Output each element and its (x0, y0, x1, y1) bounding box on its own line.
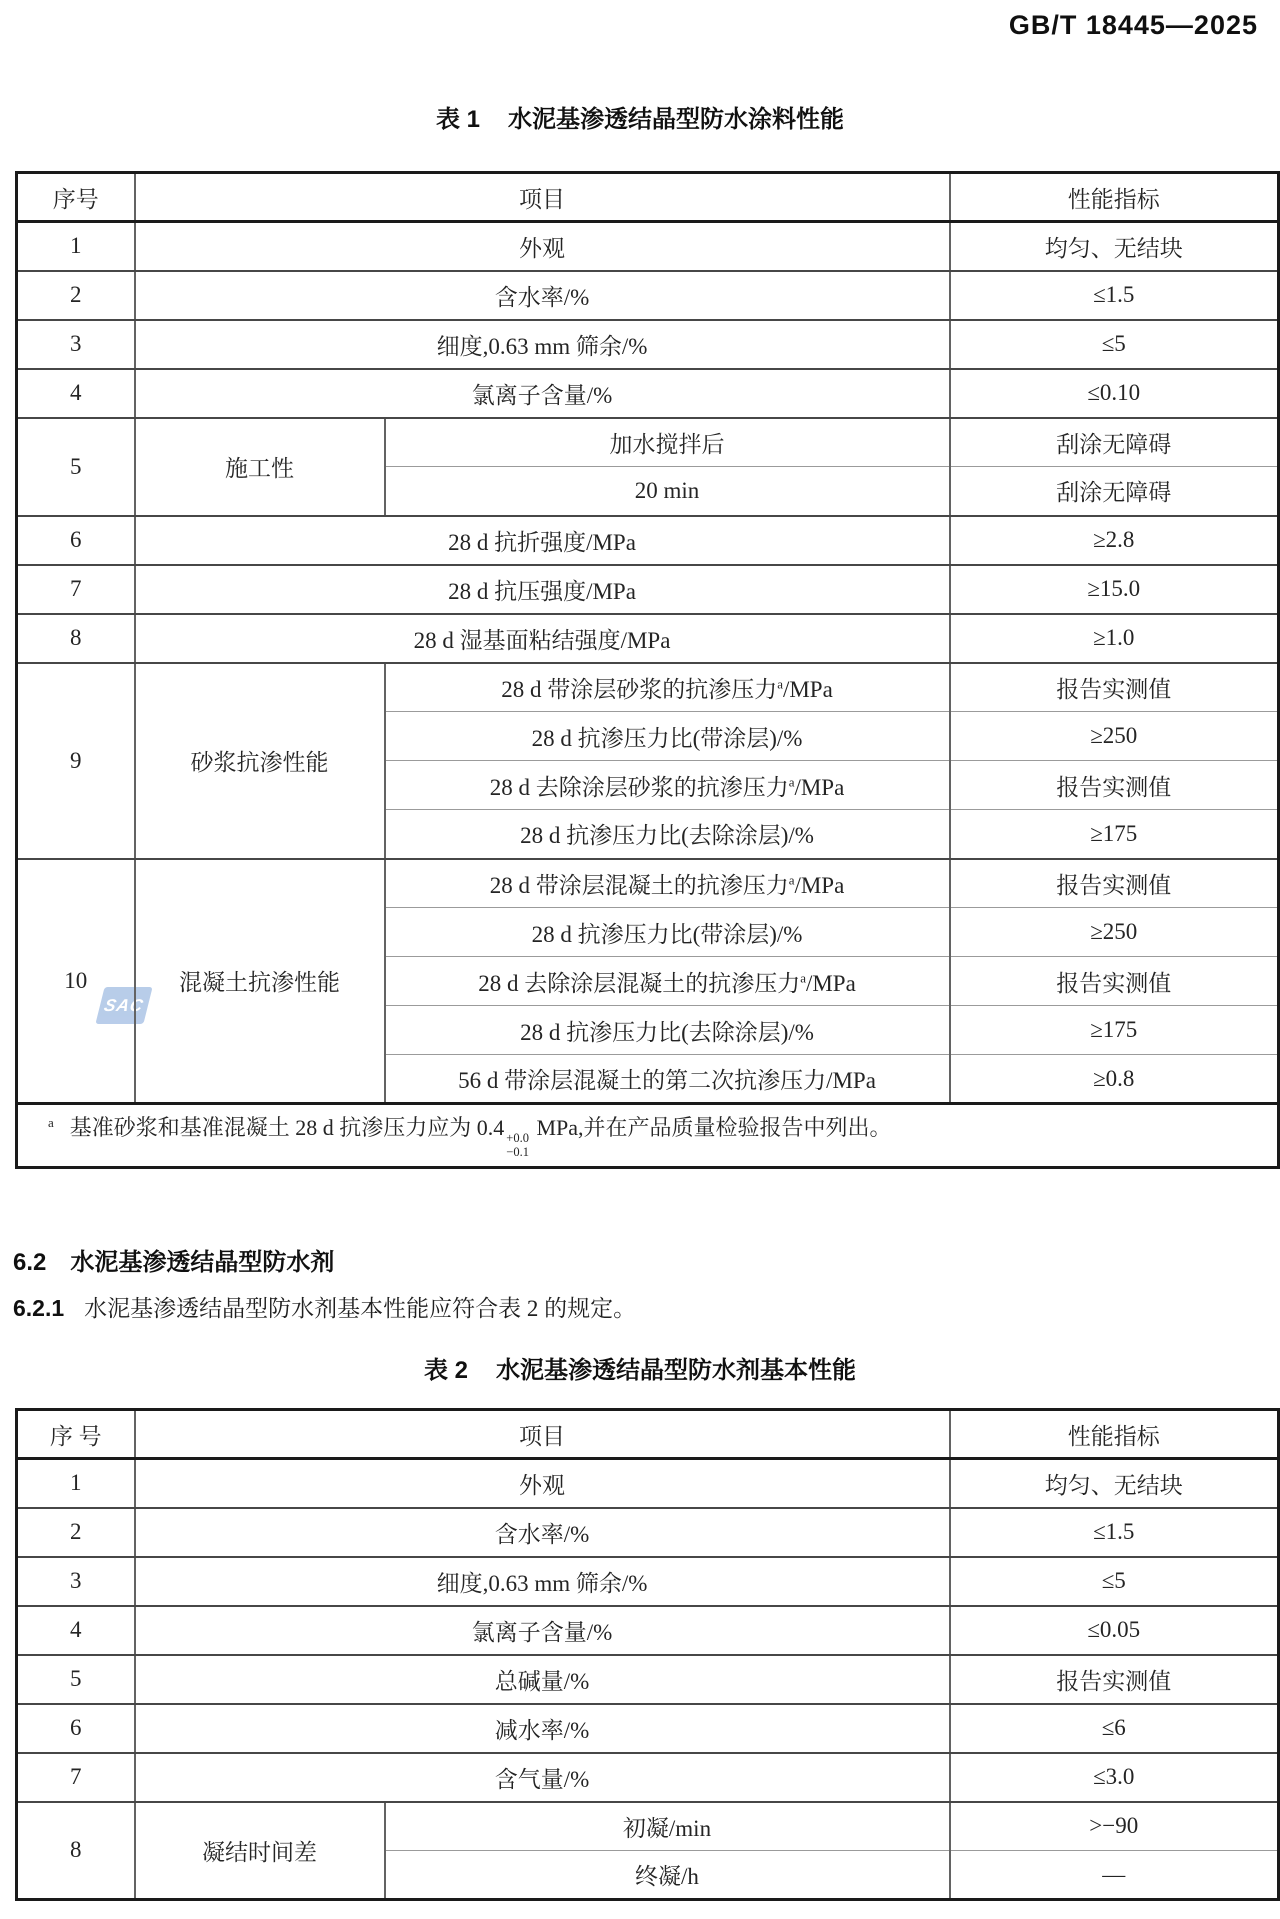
item-cell: 减水率/% (135, 1704, 950, 1753)
table-header-row: 序号 项目 性能指标 (17, 173, 1279, 222)
table-row: 7 28 d 抗压强度/MPa ≥15.0 (17, 565, 1279, 614)
item-cell: 氯离子含量/% (135, 1606, 950, 1655)
table-row: 2 含水率/% ≤1.5 (17, 271, 1279, 320)
value-cell: ≤5 (950, 320, 1279, 369)
group-cell: 凝结时间差 (135, 1802, 385, 1900)
clause-number: 6.2.1 (13, 1295, 64, 1321)
table-row: 1 外观 均匀、无结块 (17, 1459, 1279, 1508)
item-cell: 28 d 带涂层砂浆的抗渗压力a/MPa (385, 663, 950, 712)
item-cell: 28 d 去除涂层砂浆的抗渗压力a/MPa (385, 761, 950, 810)
value-cell: ≤1.5 (950, 1508, 1279, 1557)
table-row: 6 28 d 抗折强度/MPa ≥2.8 (17, 516, 1279, 565)
item-cell: 氯离子含量/% (135, 369, 950, 418)
value-cell: ≥250 (950, 908, 1279, 957)
row-number-cell: 5 (17, 1655, 135, 1704)
item-cell: 28 d 湿基面粘结强度/MPa (135, 614, 950, 663)
table2-admixture-performance: 序 号 项目 性能指标 1 外观 均匀、无结块 2 含水率/% ≤1.5 3 细… (15, 1408, 1280, 1901)
item-cell: 含水率/% (135, 1508, 950, 1557)
item-cell: 56 d 带涂层混凝土的第二次抗渗压力/MPa (385, 1055, 950, 1104)
value-cell: 报告实测值 (950, 663, 1279, 712)
table2-title-text: 水泥基渗透结晶型防水剂基本性能 (496, 1357, 856, 1384)
footnote-row: a基准砂浆和基准混凝土 28 d 抗渗压力应为 0.4+0.0−0.1 MPa,… (17, 1104, 1279, 1168)
row-number-cell: 10 (17, 859, 135, 1104)
value-cell: ≥250 (950, 712, 1279, 761)
table-row: 2 含水率/% ≤1.5 (17, 1508, 1279, 1557)
tolerance-stack: +0.0−0.1 (506, 1131, 529, 1160)
section-heading-6-2: 6.2水泥基渗透结晶型防水剂 (13, 1242, 334, 1277)
table-row: 3 细度,0.63 mm 筛余/% ≤5 (17, 320, 1279, 369)
row-number-cell: 7 (17, 1753, 135, 1802)
row-number-cell: 1 (17, 222, 135, 271)
clause-6-2-1: 6.2.1水泥基渗透结晶型防水剂基本性能应符合表 2 的规定。 (13, 1290, 636, 1323)
row-number-cell: 8 (17, 1802, 135, 1900)
footnote-marker-a: a (48, 1115, 54, 1130)
standard-code: GB/T 18445—2025 (1009, 10, 1258, 41)
value-cell: ≤1.5 (950, 271, 1279, 320)
item-cell: 28 d 抗渗压力比(带涂层)/% (385, 712, 950, 761)
value-cell: ≥15.0 (950, 565, 1279, 614)
value-cell: ≤6 (950, 1704, 1279, 1753)
footnote-text: 基准砂浆和基准混凝土 28 d 抗渗压力应为 0.4 (70, 1115, 505, 1140)
header-num: 序号 (17, 173, 135, 222)
header-item: 项目 (135, 173, 950, 222)
item-cell: 20 min (385, 467, 950, 516)
row-number-cell: 3 (17, 1557, 135, 1606)
row-number-cell: 1 (17, 1459, 135, 1508)
section-title: 水泥基渗透结晶型防水剂 (70, 1249, 334, 1276)
clause-text: 水泥基渗透结晶型防水剂基本性能应符合表 2 的规定。 (84, 1296, 636, 1321)
value-cell: >−90 (950, 1802, 1279, 1851)
group-cell: 砂浆抗渗性能 (135, 663, 385, 859)
item-cell: 28 d 抗压强度/MPa (135, 565, 950, 614)
table-row: 8 凝结时间差 初凝/min >−90 (17, 1802, 1279, 1851)
row-number-cell: 6 (17, 516, 135, 565)
value-cell: ≥175 (950, 1006, 1279, 1055)
header-num: 序 号 (17, 1410, 135, 1459)
item-cell: 28 d 去除涂层混凝土的抗渗压力a/MPa (385, 957, 950, 1006)
row-number-cell: 4 (17, 1606, 135, 1655)
value-cell: 刮涂无障碍 (950, 467, 1279, 516)
item-cell: 细度,0.63 mm 筛余/% (135, 1557, 950, 1606)
table1-title-text: 水泥基渗透结晶型防水涂料性能 (508, 106, 844, 133)
table2-title: 表 2水泥基渗透结晶型防水剂基本性能 (0, 1350, 1280, 1385)
value-cell: ≤5 (950, 1557, 1279, 1606)
table-row: 5 总碱量/% 报告实测值 (17, 1655, 1279, 1704)
item-cell: 初凝/min (385, 1802, 950, 1851)
row-number-cell: 2 (17, 1508, 135, 1557)
item-cell: 28 d 带涂层混凝土的抗渗压力a/MPa (385, 859, 950, 908)
value-cell: — (950, 1851, 1279, 1900)
item-cell: 外观 (135, 1459, 950, 1508)
value-cell: 报告实测值 (950, 859, 1279, 908)
item-cell: 终凝/h (385, 1851, 950, 1900)
table-header-row: 序 号 项目 性能指标 (17, 1410, 1279, 1459)
value-cell: 报告实测值 (950, 957, 1279, 1006)
table1-coating-performance: 序号 项目 性能指标 1 外观 均匀、无结块 2 含水率/% ≤1.5 3 细度… (15, 171, 1280, 1169)
table-row: 6 减水率/% ≤6 (17, 1704, 1279, 1753)
value-cell: ≤3.0 (950, 1753, 1279, 1802)
row-number-cell: 4 (17, 369, 135, 418)
value-cell: ≤0.10 (950, 369, 1279, 418)
row-number-cell: 3 (17, 320, 135, 369)
group-cell: 混凝土抗渗性能 (135, 859, 385, 1104)
table-row: 8 28 d 湿基面粘结强度/MPa ≥1.0 (17, 614, 1279, 663)
table-footnote: a基准砂浆和基准混凝土 28 d 抗渗压力应为 0.4+0.0−0.1 MPa,… (17, 1104, 1279, 1168)
value-cell: 均匀、无结块 (950, 222, 1279, 271)
table-row: 9 砂浆抗渗性能 28 d 带涂层砂浆的抗渗压力a/MPa 报告实测值 (17, 663, 1279, 712)
table-row: 10 混凝土抗渗性能 28 d 带涂层混凝土的抗渗压力a/MPa 报告实测值 (17, 859, 1279, 908)
header-performance: 性能指标 (950, 173, 1279, 222)
value-cell: ≥2.8 (950, 516, 1279, 565)
item-cell: 外观 (135, 222, 950, 271)
table1-title-label: 表 1 (436, 106, 480, 133)
item-cell: 28 d 抗渗压力比(去除涂层)/% (385, 1006, 950, 1055)
value-cell: ≥0.8 (950, 1055, 1279, 1104)
section-number: 6.2 (13, 1249, 46, 1276)
table-row: 4 氯离子含量/% ≤0.05 (17, 1606, 1279, 1655)
item-cell: 总碱量/% (135, 1655, 950, 1704)
value-cell: 报告实测值 (950, 761, 1279, 810)
header-performance: 性能指标 (950, 1410, 1279, 1459)
item-cell: 含气量/% (135, 1753, 950, 1802)
value-cell: ≥175 (950, 810, 1279, 859)
footnote-text: MPa,并在产品质量检验报告中列出。 (531, 1115, 892, 1140)
table-row: 5 施工性 加水搅拌后 刮涂无障碍 (17, 418, 1279, 467)
group-cell: 施工性 (135, 418, 385, 516)
table-row: 4 氯离子含量/% ≤0.10 (17, 369, 1279, 418)
value-cell: 报告实测值 (950, 1655, 1279, 1704)
row-number-cell: 9 (17, 663, 135, 859)
value-cell: 刮涂无障碍 (950, 418, 1279, 467)
item-cell: 细度,0.63 mm 筛余/% (135, 320, 950, 369)
row-number-cell: 7 (17, 565, 135, 614)
value-cell: ≤0.05 (950, 1606, 1279, 1655)
item-cell: 含水率/% (135, 271, 950, 320)
table-row: 1 外观 均匀、无结块 (17, 222, 1279, 271)
item-cell: 28 d 抗折强度/MPa (135, 516, 950, 565)
table2-title-label: 表 2 (424, 1357, 468, 1384)
header-item: 项目 (135, 1410, 950, 1459)
item-cell: 加水搅拌后 (385, 418, 950, 467)
item-cell: 28 d 抗渗压力比(去除涂层)/% (385, 810, 950, 859)
table1-title: 表 1水泥基渗透结晶型防水涂料性能 (0, 99, 1280, 134)
value-cell: ≥1.0 (950, 614, 1279, 663)
item-cell: 28 d 抗渗压力比(带涂层)/% (385, 908, 950, 957)
row-number-cell: 5 (17, 418, 135, 516)
row-number-cell: 8 (17, 614, 135, 663)
value-cell: 均匀、无结块 (950, 1459, 1279, 1508)
row-number-cell: 6 (17, 1704, 135, 1753)
table-row: 3 细度,0.63 mm 筛余/% ≤5 (17, 1557, 1279, 1606)
table-row: 7 含气量/% ≤3.0 (17, 1753, 1279, 1802)
row-number-cell: 2 (17, 271, 135, 320)
document-page: GB/T 18445—2025 SAC 表 1水泥基渗透结晶型防水涂料性能 序号… (0, 0, 1280, 1919)
